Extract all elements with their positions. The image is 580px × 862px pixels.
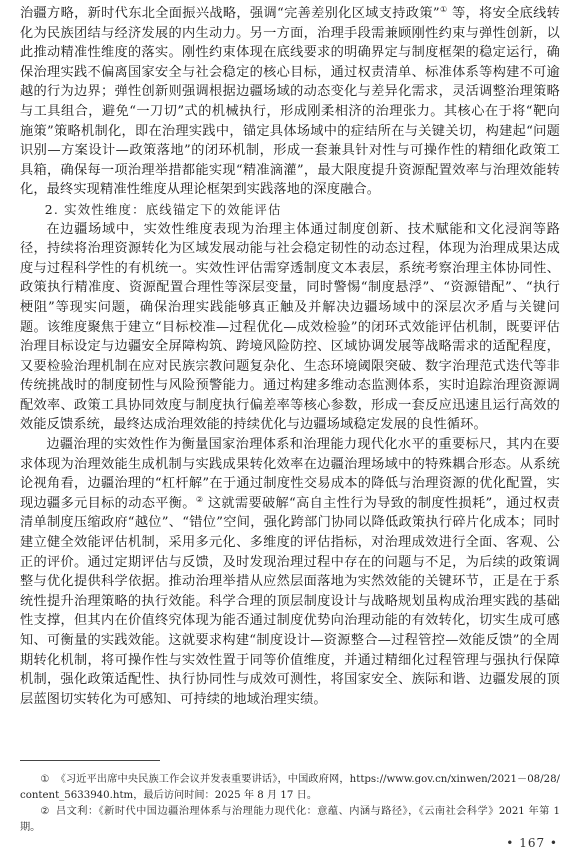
- paragraph-2: 在边疆场域中，实效性维度表现为治理主体通过制度创新、技术赋能和文化浸润等路径，持…: [20, 220, 560, 436]
- page-body: 治疆方略，新时代东北全面振兴战略，强调“完善差别化区域支持政策”① 等，将安全底…: [20, 4, 560, 709]
- paragraph-1-text-b: 等，将安全底线转化为民族团结与经济发展的内生动力。另一方面，治理手段需兼顾刚性约…: [20, 6, 560, 197]
- footnote-1: ①《习近平出席中央民族工作会议并发表重要讲话》，中国政府网，https://ww…: [20, 772, 560, 803]
- footnote-2-text: 吕文利：《新时代中国边疆治理体系与治理能力现代化：意蕴、内涵与路径》，《云南社会…: [20, 806, 560, 833]
- paragraph-1: 治疆方略，新时代东北全面振兴战略，强调“完善差别化区域支持政策”① 等，将安全底…: [20, 4, 560, 200]
- footnote-1-text: 《习近平出席中央民族工作会议并发表重要讲话》，中国政府网，https://www…: [20, 774, 560, 801]
- footnote-divider: [20, 760, 160, 761]
- footnote-2-mark: ②: [40, 806, 50, 817]
- paragraph-3: 边疆治理的实效性作为衡量国家治理体系和治理能力现代化水平的重要标尺，其内在要求体…: [20, 435, 560, 709]
- footnote-1-mark: ①: [40, 774, 49, 785]
- section-heading: 2. 实效性维度：底线锚定下的效能评估: [20, 200, 560, 220]
- paragraph-3-text-b: 这就需要破解“高自主性行为导致的制度性损耗”，通过权责清单制度压缩政府“越位”、…: [20, 496, 560, 707]
- page-number: • 167 •: [506, 836, 558, 850]
- footnotes: ①《习近平出席中央民族工作会议并发表重要讲话》，中国政府网，https://ww…: [20, 772, 560, 836]
- paragraph-1-text-a: 治疆方略，新时代东北全面振兴战略，强调“完善差别化区域支持政策”: [20, 6, 440, 21]
- footnote-2: ②吕文利：《新时代中国边疆治理体系与治理能力现代化：意蕴、内涵与路径》，《云南社…: [20, 804, 560, 835]
